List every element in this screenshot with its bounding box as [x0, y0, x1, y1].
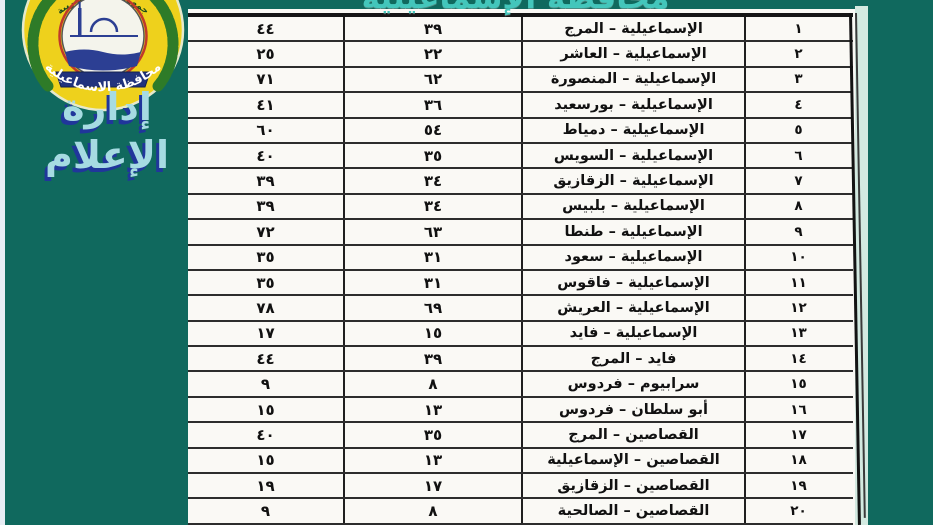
table-row: ١٩ ١٧ القصاصين – الزقازيق ١٩	[188, 474, 853, 499]
table-row: ٧٨ ٦٩ الإسماعيلية – العريش ١٢	[188, 296, 853, 321]
row-number-cell: ٢٠	[746, 499, 851, 522]
value2-cell: ٣٥	[188, 246, 345, 269]
route-cell: الإسماعيلية – فاقوس	[523, 271, 746, 294]
value1-cell: ٣٩	[345, 17, 523, 40]
row-number-cell: ١٧	[746, 423, 851, 446]
route-cell: الإسماعيلية – السويس	[523, 144, 746, 167]
table-row: ٤١ ٣٦ الإسماعيلية – بورسعيد ٤	[188, 93, 853, 118]
value1-cell: ٣٩	[345, 347, 523, 370]
value2-cell: ٧٢	[188, 220, 345, 243]
value2-cell: ٢٥	[188, 42, 345, 65]
row-number-cell: ١٠	[746, 246, 851, 269]
route-cell: الإسماعيلية – سعود	[523, 246, 746, 269]
table-row: ١٥ ١٣ أبو سلطان – فردوس ١٦	[188, 398, 853, 423]
media-administration-watermark: إدارة الإعلام	[2, 84, 212, 179]
value2-cell: ٣٥	[188, 271, 345, 294]
row-number-cell: ٦	[746, 144, 851, 167]
value1-cell: ٢٢	[345, 42, 523, 65]
value1-cell: ٦٩	[345, 296, 523, 319]
row-number-cell: ٢	[746, 42, 851, 65]
row-number-cell: ٣	[746, 68, 851, 91]
value2-cell: ٧٨	[188, 296, 345, 319]
table-row: ٩ ٨ سرابيوم – فردوس ١٥	[188, 372, 853, 397]
row-number-cell: ١	[746, 17, 851, 40]
value1-cell: ٣٤	[345, 195, 523, 218]
value2-cell: ٩	[188, 372, 345, 395]
scanned-document-page: { "page": { "title": "محافظة الإسماعيلية…	[0, 0, 933, 525]
value1-cell: ٣٤	[345, 169, 523, 192]
row-number-cell: ٧	[746, 169, 851, 192]
value1-cell: ٣١	[345, 271, 523, 294]
value1-cell: ١٥	[345, 322, 523, 345]
route-cell: الإسماعيلية – المنصورة	[523, 68, 746, 91]
value1-cell: ٦٢	[345, 68, 523, 91]
row-number-cell: ١٩	[746, 474, 851, 497]
table-row: ٣٥ ٣١ الإسماعيلية – سعود ١٠	[188, 246, 853, 271]
row-number-cell: ١٥	[746, 372, 851, 395]
route-cell: الإسماعيلية – فايد	[523, 322, 746, 345]
fares-table: ٤٤ ٣٩ الإسماعيلية – المرج ١ ٢٥ ٢٢ الإسما…	[188, 13, 853, 525]
route-cell: الإسماعيلية – العريش	[523, 296, 746, 319]
route-cell: الإسماعيلية – العاشر	[523, 42, 746, 65]
row-number-cell: ٩	[746, 220, 851, 243]
table-row: ٤٤ ٣٩ فايد – المرج ١٤	[188, 347, 853, 372]
table-row: ١٥ ١٣ القصاصين – الإسماعيلية ١٨	[188, 449, 853, 474]
row-number-cell: ٥	[746, 119, 851, 142]
route-cell: سرابيوم – فردوس	[523, 372, 746, 395]
table-row: ٦٠ ٥٤ الإسماعيلية – دمياط ٥	[188, 119, 853, 144]
row-number-cell: ٤	[746, 93, 851, 116]
route-cell: الإسماعيلية – بورسعيد	[523, 93, 746, 116]
row-number-cell: ١١	[746, 271, 851, 294]
table-row: ٧١ ٦٢ الإسماعيلية – المنصورة ٣	[188, 68, 853, 93]
route-cell: الإسماعيلية – بلبيس	[523, 195, 746, 218]
table-row: ٣٩ ٣٤ الإسماعيلية – الزقازيق ٧	[188, 169, 853, 194]
table-row: ٢٥ ٢٢ الإسماعيلية – العاشر ٢	[188, 42, 853, 67]
value2-cell: ١٧	[188, 322, 345, 345]
row-number-cell: ٨	[746, 195, 851, 218]
table-row: ٧٢ ٦٣ الإسماعيلية – طنطا ٩	[188, 220, 853, 245]
route-cell: أبو سلطان – فردوس	[523, 398, 746, 421]
route-cell: الإسماعيلية – طنطا	[523, 220, 746, 243]
value1-cell: ١٣	[345, 398, 523, 421]
value1-cell: ٣١	[345, 246, 523, 269]
value1-cell: ٣٦	[345, 93, 523, 116]
value2-cell: ٤٤	[188, 347, 345, 370]
value2-cell: ٤٤	[188, 17, 345, 40]
value1-cell: ١٣	[345, 449, 523, 472]
row-number-cell: ١٣	[746, 322, 851, 345]
value2-cell: ٤٠	[188, 423, 345, 446]
table-row: ٤٤ ٣٩ الإسماعيلية – المرج ١	[188, 17, 853, 42]
value2-cell: ١٥	[188, 398, 345, 421]
photo-left-edge-strip	[0, 0, 5, 525]
value2-cell: ٣٩	[188, 195, 345, 218]
value1-cell: ٣٥	[345, 144, 523, 167]
table-row: ١٧ ١٥ الإسماعيلية – فايد ١٣	[188, 322, 853, 347]
route-cell: القصاصين – الصالحية	[523, 499, 746, 522]
row-number-cell: ١٦	[746, 398, 851, 421]
route-cell: فايد – المرج	[523, 347, 746, 370]
value2-cell: ٩	[188, 499, 345, 522]
value1-cell: ٣٥	[345, 423, 523, 446]
value1-cell: ٨	[345, 372, 523, 395]
value2-cell: ١٩	[188, 474, 345, 497]
route-cell: الإسماعيلية – دمياط	[523, 119, 746, 142]
route-cell: القصاصين – الإسماعيلية	[523, 449, 746, 472]
table-body: ٤٤ ٣٩ الإسماعيلية – المرج ١ ٢٥ ٢٢ الإسما…	[188, 17, 853, 525]
row-number-cell: ١٢	[746, 296, 851, 319]
page-title: محافظة الإسماعيلية	[318, 0, 713, 16]
row-number-cell: ١٤	[746, 347, 851, 370]
table-row: ٤٠ ٣٥ الإسماعيلية – السويس ٦	[188, 144, 853, 169]
route-cell: القصاصين – المرج	[523, 423, 746, 446]
value1-cell: ٦٣	[345, 220, 523, 243]
value2-cell: ١٥	[188, 449, 345, 472]
table-row: ٤٠ ٣٥ القصاصين – المرج ١٧	[188, 423, 853, 448]
table-row: ٩ ٨ القصاصين – الصالحية ٢٠	[188, 499, 853, 524]
value1-cell: ٨	[345, 499, 523, 522]
route-cell: الإسماعيلية – الزقازيق	[523, 169, 746, 192]
value1-cell: ١٧	[345, 474, 523, 497]
route-cell: الإسماعيلية – المرج	[523, 17, 746, 40]
value1-cell: ٥٤	[345, 119, 523, 142]
table-row: ٣٩ ٣٤ الإسماعيلية – بلبيس ٨	[188, 195, 853, 220]
row-number-cell: ١٨	[746, 449, 851, 472]
route-cell: القصاصين – الزقازيق	[523, 474, 746, 497]
table-row: ٣٥ ٣١ الإسماعيلية – فاقوس ١١	[188, 271, 853, 296]
